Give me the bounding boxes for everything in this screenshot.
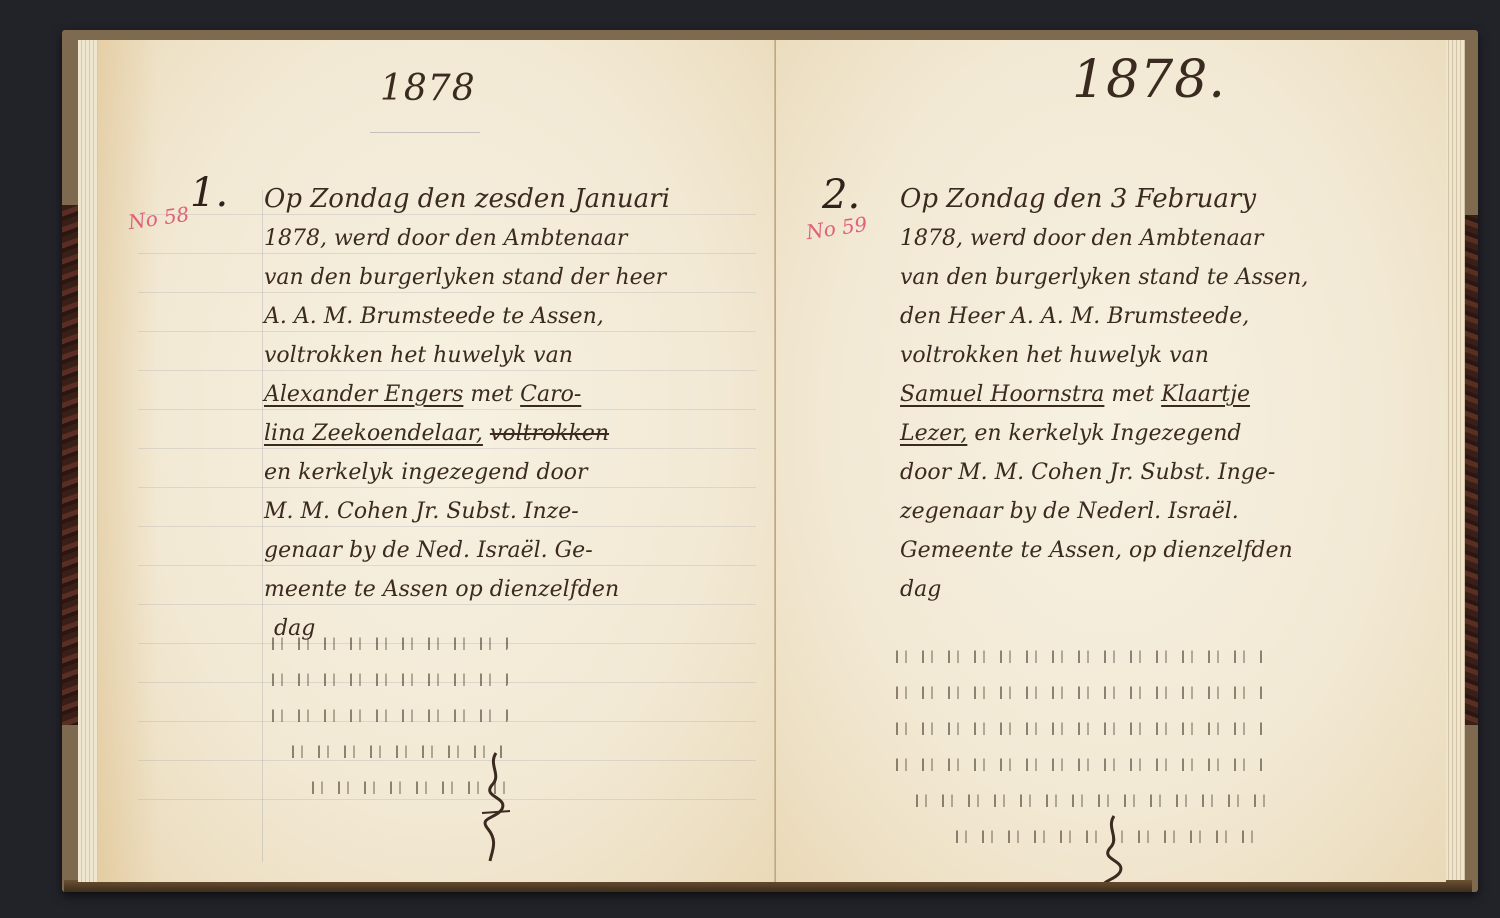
entry-line: A. A. M. Brumsteede te Assen,: [264, 297, 670, 336]
entry-line: genaar by de Ned. Israël. Ge-: [264, 531, 670, 570]
marriage-entry-text: Op Zondag den zesden Januari 1878, werd …: [264, 180, 670, 648]
right-page: 1878. 2. No 59 Op Zondag den 3 February …: [776, 40, 1446, 882]
names-line: Samuel Hoornstra met Klaartje: [900, 375, 1308, 414]
entry-line: Gemeente te Assen, op dienzelfden: [900, 531, 1308, 570]
bride-name-part2: lina Zeekoendelaar,: [264, 421, 483, 446]
entry-line: dag: [900, 570, 1308, 609]
hebrew-handwriting-line: [266, 629, 509, 657]
entry-line: den Heer A. A. M. Brumsteede,: [900, 297, 1308, 336]
entry-line: Op Zondag den zesden Januari: [264, 180, 670, 219]
bride-name-part2: Lezer,: [900, 421, 967, 446]
hebrew-handwriting-line: [266, 665, 509, 693]
signature-flourish-icon: [468, 745, 528, 865]
entry-line: van den burgerlyken stand der heer: [264, 258, 670, 297]
entry-line: 1878, werd door den Ambtenaar: [900, 219, 1308, 258]
hebrew-handwriting-line: [890, 750, 1268, 778]
hebrew-handwriting-line: [266, 701, 509, 729]
record-number: No 59: [805, 212, 869, 244]
entry-line: meente te Assen op dienzelfden: [264, 570, 670, 609]
page-stack-left: [78, 40, 100, 882]
bride-line: Lezer, en kerkelyk Ingezegend: [900, 414, 1308, 453]
entry-line: en kerkelyk ingezegend door: [264, 453, 670, 492]
entry-line-rest: en kerkelyk Ingezegend: [974, 421, 1241, 446]
entry-line: door M. M. Cohen Jr. Subst. Inge-: [900, 453, 1308, 492]
cover-marbled-edge-right: [1464, 215, 1478, 725]
entry-line: 1878, werd door den Ambtenaar: [264, 219, 670, 258]
year-header: 1878: [380, 68, 476, 109]
bride-line: lina Zeekoendelaar, voltrokken: [264, 414, 670, 453]
struck-text: voltrokken: [490, 421, 609, 446]
bride-name-part1: Caro-: [520, 382, 581, 407]
connector: met: [470, 382, 513, 407]
entry-number: 2.: [822, 172, 860, 218]
left-page: 1878 1. No 58 Op Zondag den zesden Janua…: [98, 40, 776, 882]
connector: met: [1111, 382, 1154, 407]
year-underline: [370, 132, 480, 133]
record-number: No 58: [127, 202, 191, 234]
page-stack-right: [1445, 40, 1465, 880]
groom-name: Samuel Hoornstra: [900, 382, 1104, 407]
entry-line: Op Zondag den 3 February: [900, 180, 1308, 219]
names-line: Alexander Engers met Caro-: [264, 375, 670, 414]
entry-line: van den burgerlyken stand te Assen,: [900, 258, 1308, 297]
entry-number: 1.: [190, 170, 228, 216]
hebrew-text-block: [888, 638, 1268, 858]
signature-flourish-icon: [1086, 810, 1146, 882]
entry-line: zegenaar by de Nederl. Israël.: [900, 492, 1308, 531]
hebrew-handwriting-line: [890, 714, 1268, 742]
entry-line: voltrokken het huwelyk van: [264, 336, 670, 375]
entry-line: M. M. Cohen Jr. Subst. Inze-: [264, 492, 670, 531]
hebrew-handwriting-line: [890, 678, 1268, 706]
marriage-entry-text: Op Zondag den 3 February 1878, werd door…: [900, 180, 1308, 609]
entry-line: voltrokken het huwelyk van: [900, 336, 1308, 375]
bride-name-part1: Klaartje: [1161, 382, 1250, 407]
year-header: 1878.: [1072, 50, 1226, 110]
groom-name: Alexander Engers: [264, 382, 463, 407]
hebrew-handwriting-line: [890, 642, 1268, 670]
